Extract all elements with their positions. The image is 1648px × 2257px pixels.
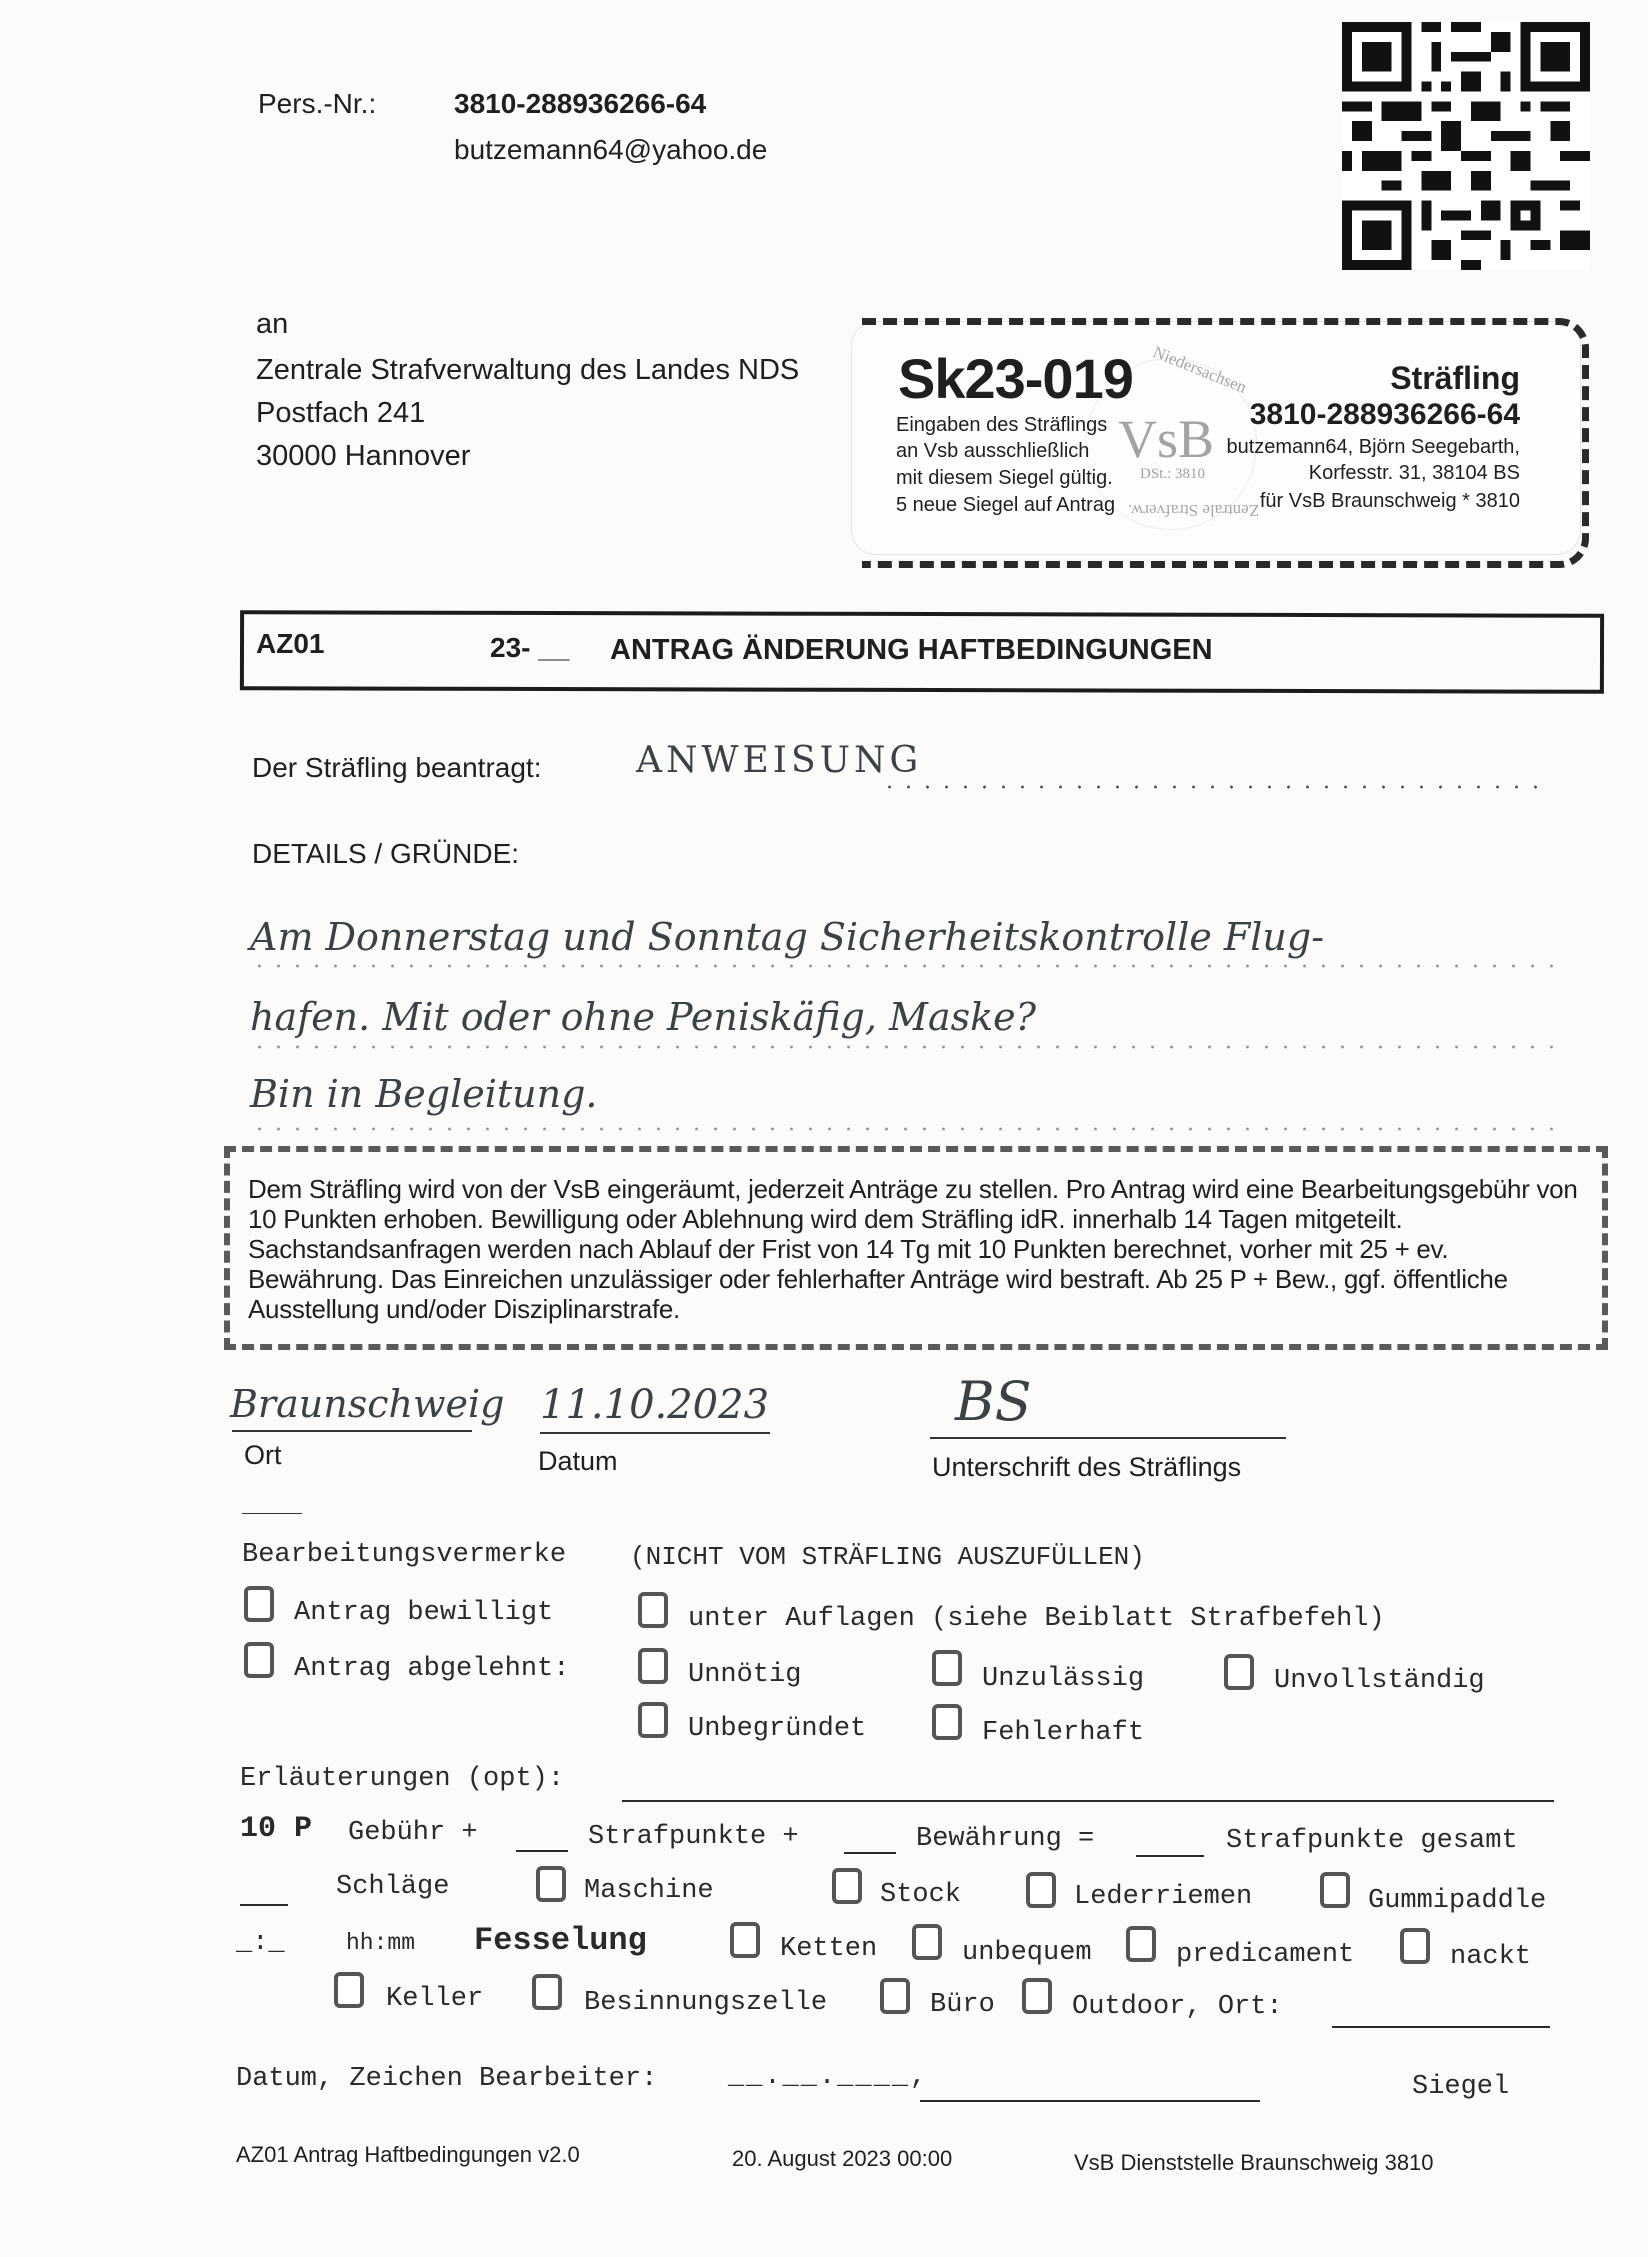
bondage-option: nackt xyxy=(1450,1942,1531,1972)
reason-label: Unvollständig xyxy=(1274,1666,1485,1696)
sticker-office: für VsB Braunschweig * 3810 xyxy=(1260,490,1520,513)
qr-code-icon xyxy=(1342,22,1590,270)
details-dotted-line xyxy=(250,1045,1560,1049)
bondage-nackt-checkbox[interactable] xyxy=(1400,1928,1430,1964)
email-address: butzemann64@yahoo.de xyxy=(454,134,767,166)
signature-line xyxy=(930,1437,1286,1439)
bondage-predicament-checkbox[interactable] xyxy=(1126,1926,1156,1962)
tool-label: Gummipaddle xyxy=(1368,1886,1546,1916)
request-value[interactable]: ANWEISUNG xyxy=(636,740,922,781)
reason-label: Fehlerhaft xyxy=(982,1718,1144,1748)
details-line[interactable]: hafen. Mit oder ohne Peniskäfig, Maske? xyxy=(250,995,1036,1039)
strikes-label: Schläge xyxy=(336,1872,449,1902)
bondage-option: Ketten xyxy=(780,1934,877,1964)
reason-label: Unzulässig xyxy=(982,1664,1144,1694)
date-value[interactable]: 11.10.2023 xyxy=(540,1382,769,1428)
recipient-line: Zentrale Strafverwaltung des Landes NDS xyxy=(256,354,799,387)
processing-heading: Bearbeitungsvermerke xyxy=(242,1540,566,1570)
processing-heading-note: (NICHT VOM STRÄFLING AUSZUFÜLLEN) xyxy=(630,1542,1145,1572)
rejected-checkbox[interactable] xyxy=(244,1642,274,1678)
location-besinnungszelle-checkbox[interactable] xyxy=(532,1974,562,2010)
tool-label: Lederriemen xyxy=(1074,1882,1252,1912)
fee-label: Gebühr + xyxy=(348,1818,478,1848)
sticker-note: Eingaben des Sträflings xyxy=(896,414,1107,437)
reason-label: Unbegründet xyxy=(688,1714,866,1744)
seal-office-text: DSt.: 3810 xyxy=(1140,466,1205,483)
location-buero-checkbox[interactable] xyxy=(880,1978,910,2014)
penalty-label: Strafpunkte + xyxy=(588,1822,799,1852)
sticker-address: Korfesstr. 31, 38104 BS xyxy=(1309,462,1520,485)
form-code: AZ01 xyxy=(256,628,324,660)
tool-maschine-checkbox[interactable] xyxy=(536,1866,566,1902)
details-dotted-line xyxy=(250,1127,1560,1131)
probation-blank[interactable] xyxy=(844,1852,896,1854)
sticker-role: Sträfling xyxy=(1390,360,1520,397)
seal-arc-bottom: Zentrale Strafverw. xyxy=(1128,500,1259,520)
bondage-label: Fesselung xyxy=(474,1922,647,1959)
reason-unnoetig-checkbox[interactable] xyxy=(638,1648,668,1684)
reason-label: Unnötig xyxy=(688,1660,801,1690)
total-blank[interactable] xyxy=(1136,1855,1204,1857)
approved-label: Antrag bewilligt xyxy=(294,1598,553,1628)
location-option: Büro xyxy=(930,1990,995,2020)
fee-amount: 10 P xyxy=(240,1812,312,1846)
time-format: hh:mm xyxy=(346,1930,415,1956)
seal-label: Siegel xyxy=(1412,2072,1509,2102)
reason-unbegruendet-checkbox[interactable] xyxy=(638,1702,668,1738)
personnel-number-label: Pers.-Nr.: xyxy=(258,88,376,120)
reason-unzulaessig-checkbox[interactable] xyxy=(932,1650,962,1686)
footer-form-name: AZ01 Antrag Haftbedingungen v2.0 xyxy=(236,2142,580,2168)
location-option: Keller xyxy=(386,1984,483,2014)
tool-label: Maschine xyxy=(584,1876,714,1906)
bondage-option: predicament xyxy=(1176,1940,1354,1970)
details-line[interactable]: Bin in Begleitung. xyxy=(250,1072,598,1116)
reason-fehlerhaft-checkbox[interactable] xyxy=(932,1704,962,1740)
footer-office: VsB Dienststelle Braunschweig 3810 xyxy=(1074,2150,1434,2176)
outdoor-location-blank[interactable] xyxy=(1332,2026,1550,2028)
signature-label: Unterschrift des Sträflings xyxy=(932,1452,1241,1483)
form-number: 23- __ xyxy=(490,632,569,664)
penalty-points-blank[interactable] xyxy=(516,1850,568,1852)
sticker-code: Sk23-019 xyxy=(898,346,1133,411)
tool-gummipaddle-checkbox[interactable] xyxy=(1320,1872,1350,1908)
place-label: Ort xyxy=(244,1440,282,1471)
strikes-blank[interactable] xyxy=(240,1904,288,1906)
bondage-option: unbequem xyxy=(962,1938,1092,1968)
explanations-label: Erläuterungen (opt): xyxy=(240,1764,564,1794)
recipient-line: Postfach 241 xyxy=(256,397,425,430)
tool-lederriemen-checkbox[interactable] xyxy=(1026,1872,1056,1908)
request-label: Der Sträfling beantragt: xyxy=(252,752,542,784)
recipient-prefix: an xyxy=(256,308,288,341)
explanations-input-line[interactable] xyxy=(622,1800,1554,1802)
personnel-number: 3810-288936266-64 xyxy=(454,88,706,120)
location-keller-checkbox[interactable] xyxy=(334,1972,364,2008)
time-blank[interactable]: _:_ xyxy=(236,1928,285,1958)
conditions-label: unter Auflagen (siehe Beiblatt Strafbefe… xyxy=(688,1604,1385,1634)
processing-date-blank[interactable]: __.__.____, xyxy=(728,2062,928,2092)
form-title: ANTRAG ÄNDERUNG HAFTBEDINGUNGEN xyxy=(610,634,1213,667)
details-dotted-line xyxy=(250,964,1560,968)
details-label: DETAILS / GRÜNDE: xyxy=(252,838,519,870)
recipient-line: 30000 Hannover xyxy=(256,440,470,473)
sticker-note: 5 neue Siegel auf Antrag xyxy=(896,494,1115,517)
sticker-note: an Vsb ausschließlich xyxy=(896,440,1089,463)
bondage-unbequem-checkbox[interactable] xyxy=(912,1924,942,1960)
footer-date: 20. August 2023 00:00 xyxy=(732,2146,952,2172)
date-label: Datum xyxy=(538,1446,618,1477)
tool-label: Stock xyxy=(880,1880,961,1910)
rejected-label: Antrag abgelehnt: xyxy=(294,1654,569,1684)
place-value[interactable]: Braunschweig xyxy=(230,1382,504,1426)
reason-unvollstaendig-checkbox[interactable] xyxy=(1224,1654,1254,1690)
date-line xyxy=(540,1432,770,1434)
processor-sign-blank[interactable] xyxy=(920,2100,1260,2102)
probation-label: Bewährung = xyxy=(916,1824,1094,1854)
approved-checkbox[interactable] xyxy=(244,1586,274,1622)
conditions-checkbox[interactable] xyxy=(638,1592,668,1628)
place-line xyxy=(232,1430,472,1432)
notice-text: Dem Sträfling wird von der VsB eingeräum… xyxy=(248,1174,1578,1324)
location-option: Besinnungszelle xyxy=(584,1988,827,2018)
separator-line xyxy=(242,1513,302,1514)
details-line[interactable]: Am Donnerstag und Sonntag Sicherheitskon… xyxy=(250,915,1324,959)
location-option: Outdoor, Ort: xyxy=(1072,1992,1283,2022)
request-dotted-line xyxy=(880,785,1550,789)
location-outdoor-checkbox[interactable] xyxy=(1022,1978,1052,2014)
signature-value[interactable]: BS xyxy=(955,1370,1032,1433)
sticker-note: mit diesem Siegel gültig. xyxy=(896,467,1113,490)
sticker-holder: butzemann64, Björn Seegebarth, xyxy=(1226,436,1520,459)
seal-center-text: VsB xyxy=(1118,408,1214,470)
sticker-number: 3810-288936266-64 xyxy=(1250,398,1520,432)
bondage-ketten-checkbox[interactable] xyxy=(730,1922,760,1958)
date-sign-label: Datum, Zeichen Bearbeiter: xyxy=(236,2064,657,2094)
tool-stock-checkbox[interactable] xyxy=(832,1868,862,1904)
total-label: Strafpunkte gesamt xyxy=(1226,1826,1518,1856)
